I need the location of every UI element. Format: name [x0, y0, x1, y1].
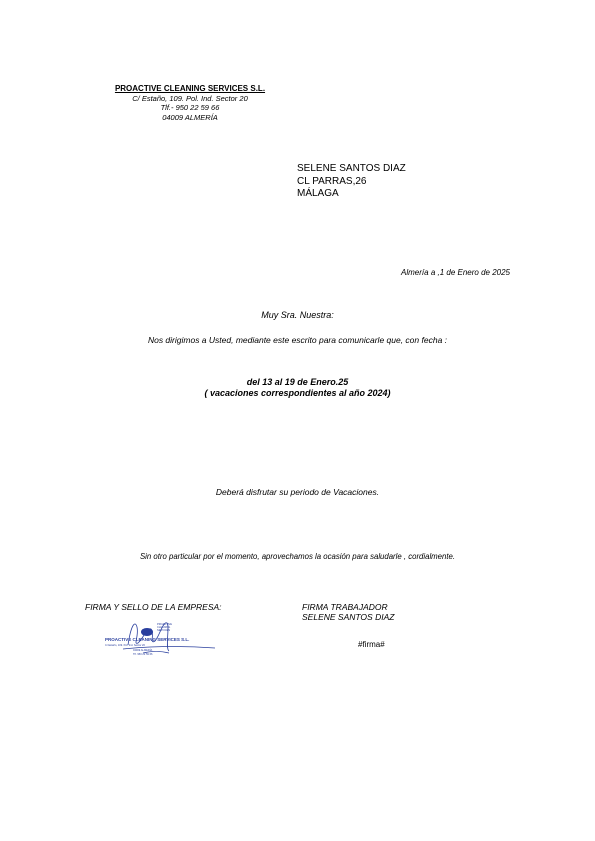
svg-text:04009 ALMERÍA: 04009 ALMERÍA: [133, 648, 152, 652]
recipient-name: SELENE SANTOS DIAZ: [297, 163, 406, 176]
recipient-street: CL PARRAS,26: [297, 176, 406, 189]
greeting: Muy Sra. Nuestra:: [0, 310, 595, 320]
worker-name: SELENE SANTOS DIAZ: [302, 612, 394, 622]
company-city: 04009 ALMERÍA: [90, 113, 290, 123]
intro-paragraph: Nos dirigimos a Usted, mediante este esc…: [0, 335, 595, 345]
company-header: PROACTIVE CLEANING SERVICES S.L. C/ Esta…: [90, 84, 290, 122]
company-address: C/ Estaño, 109. Pol. Ind. Sector 20: [90, 94, 290, 104]
period-dates: del 13 al 19 de Enero.25: [0, 377, 595, 388]
closing-sentence: Sin otro particular por el momento, apro…: [0, 552, 595, 561]
svg-text:SERVICES: SERVICES: [157, 628, 170, 632]
worker-signature-label: FIRMA TRABAJADOR: [302, 602, 394, 612]
worker-signature-placeholder: #firma#: [358, 640, 385, 649]
company-stamp-icon: PROACTIVE CLEANING SERVICES S.L. PROACTI…: [103, 615, 223, 660]
worker-signature-block: FIRMA TRABAJADOR SELENE SANTOS DIAZ: [302, 602, 394, 622]
period-note: ( vacaciones correspondientes al año 202…: [0, 388, 595, 399]
recipient-city: MÁLAGA: [297, 188, 406, 201]
vacation-period: del 13 al 19 de Enero.25 ( vacaciones co…: [0, 377, 595, 399]
company-signature-label: FIRMA Y SELLO DE LA EMPRESA:: [85, 602, 222, 612]
enjoy-sentence: Deberá disfrutar su periodo de Vacacione…: [0, 487, 595, 497]
company-phone: Tlf.- 950 22 59 66: [90, 103, 290, 113]
recipient-block: SELENE SANTOS DIAZ CL PARRAS,26 MÁLAGA: [297, 163, 406, 201]
svg-text:Tlf. 950 22 59 66: Tlf. 950 22 59 66: [133, 652, 153, 656]
date-line: Almería a ,1 de Enero de 2025: [0, 268, 510, 277]
company-name: PROACTIVE CLEANING SERVICES S.L.: [90, 84, 290, 94]
svg-text:PROACTIVE CLEANING SERVICES S.: PROACTIVE CLEANING SERVICES S.L.: [105, 637, 189, 642]
svg-text:C/ Estaño, 109. Pol. Ind. Sect: C/ Estaño, 109. Pol. Ind. Sector 20: [105, 643, 145, 647]
